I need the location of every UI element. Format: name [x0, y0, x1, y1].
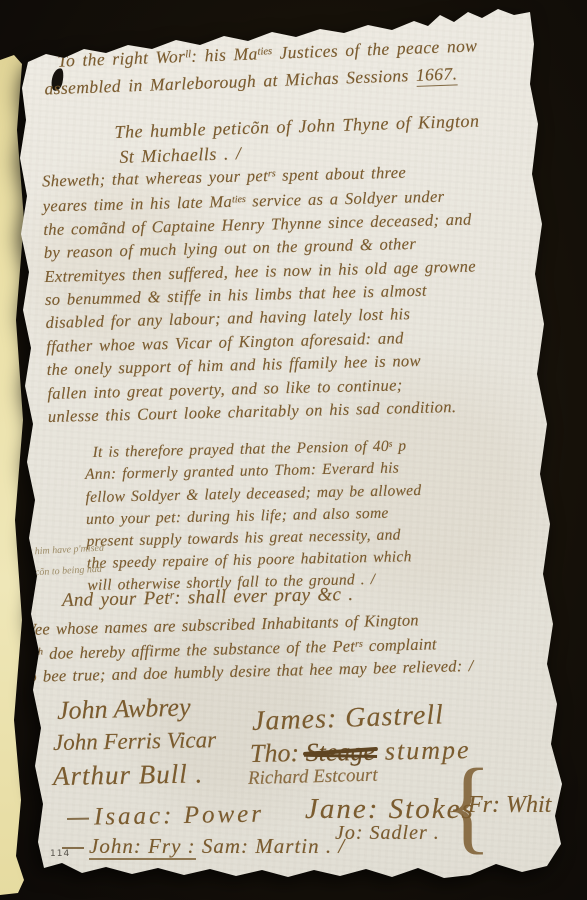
- superscript: ties: [232, 194, 246, 205]
- signature-sam-martin: Sam: Martin . /: [196, 834, 346, 858]
- superscript: ish: [31, 647, 43, 658]
- salutation-text: To the right Wor: [57, 46, 186, 71]
- signature-john-ferris-vicar: John Ferris Vicar: [53, 727, 217, 756]
- marginal-note: Let him have p'mised pencõn to being had: [19, 535, 151, 584]
- photo-background: To the right Worll: his Maties Justices …: [0, 0, 587, 900]
- signature-arthur-bull: Arthur Bull .: [53, 758, 204, 792]
- petition-body: Sheweth; that whereas your petrs spent a…: [42, 156, 553, 429]
- body-text: Sheweth; that whereas your pet: [42, 166, 268, 191]
- signature-fr-white: Fr: Whit: [468, 792, 551, 819]
- signature-john-fry: John: Fry :: [89, 834, 196, 860]
- signature-jo-sadler: Jo: Sadler .: [335, 822, 440, 845]
- attestation-text: p: [23, 644, 32, 663]
- superscript: ties: [257, 46, 272, 58]
- folio-number: 114: [50, 849, 70, 859]
- attestation-text: complaint: [363, 634, 437, 655]
- signature-james-gastrell: James: Gastrell: [251, 699, 444, 738]
- signature-tho-prefix: Tho:: [250, 738, 300, 768]
- signature-richard-estcourt: Richard Estcourt: [248, 765, 378, 790]
- closing-formula: And your Petr: shall ever pray &c .: [62, 584, 354, 612]
- underlined-year: 1667.: [416, 63, 458, 87]
- salutation: To the right Worll: his Maties Justices …: [57, 28, 549, 102]
- prayer-text: It is therefore prayed that the Pension …: [92, 438, 389, 461]
- signature-isaac-power: Isaac: Power: [67, 801, 264, 832]
- struck-out-word: Steage: [305, 737, 375, 767]
- manuscript-page: To the right Worll: his Maties Justices …: [16, 4, 564, 886]
- closing-text: : shall ever pray &c .: [174, 584, 354, 609]
- salutation-text: Justices of the peace now: [272, 35, 478, 63]
- attestation: Wee whose names are subscribed Inhabitan…: [22, 605, 539, 688]
- paper-shadow-wrap: To the right Worll: his Maties Justices …: [0, 0, 587, 900]
- prayer-text: p: [392, 437, 406, 454]
- closing-text: And your Pet: [62, 588, 170, 611]
- signature-tho-stumpe: Tho: Steagestumpe: [250, 735, 471, 769]
- signature-john-awbrey: John Awbrey: [57, 693, 191, 726]
- signature-john-fry-sam-martin: John: Fry : Sam: Martin . /: [62, 834, 345, 859]
- body-text: yeares time in his late Ma: [43, 192, 233, 216]
- body-text: spent about three: [275, 163, 406, 185]
- salutation-text: : his Ma: [191, 43, 258, 65]
- body-text: service as a Soldyer under: [246, 187, 445, 211]
